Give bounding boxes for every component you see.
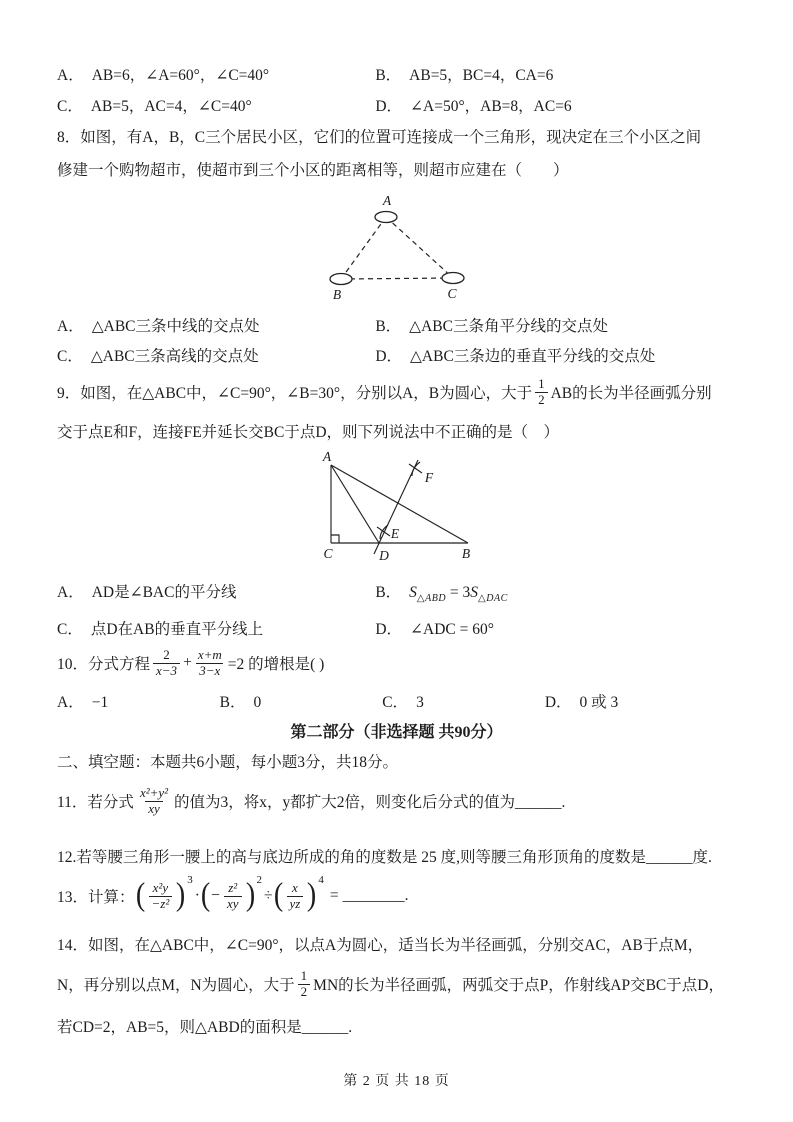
q9-label-a: A [322, 449, 332, 464]
q10-text: 10．分式方程 2x−3 + x+m3−x =2 的增根是( ) [57, 641, 324, 685]
q7-option-b-text: AB=5，BC=4，CA=6 [409, 67, 553, 84]
q11-frac-denominator: xy [145, 801, 163, 817]
q13-divide-sign: ÷ [264, 887, 273, 905]
q13-fraction-1: x²y−z² [149, 881, 173, 911]
q13-frac3-denominator: yz [287, 896, 304, 912]
q13-exponent-1: 3 [187, 874, 193, 886]
q9-option-b-s1: S [409, 584, 417, 601]
q7-option-b: B．AB=5，BC=4，CA=6 [375, 63, 749, 85]
q10-option-d: D．0 或 3 [545, 690, 749, 712]
q9-option-a-text: AD是∠BAC的平分线 [92, 584, 237, 601]
q9-option-b-sub1: △ABD [417, 593, 446, 604]
part2-header: 第二部分（非选择题 共90分） [0, 719, 793, 742]
q13-frac3-numerator: x [289, 881, 301, 896]
q9-line1-pre: 9．如图，在△ABC中，∠C=90°，∠B=30°，分别以A，B为圆心，大于 [57, 381, 532, 403]
q9-options-row-1: A．AD是∠BAC的平分线 B．S△ABD = 3S△DAC [57, 580, 749, 604]
q7-option-d-letter: D． [375, 98, 402, 115]
q8-site-b [330, 274, 352, 285]
q8-option-a: A．△ABC三条中线的交点处 [57, 314, 375, 336]
q9-option-b-sub2: △DAC [478, 593, 508, 604]
q9-text-line-2: 交于点E和F，连接FE并延长交BC于点D，则下列说法中不正确的是（ ） [57, 420, 559, 442]
exam-page: A．AB=6，∠A=60°，∠C=40° B．AB=5，BC=4，CA=6 C．… [0, 0, 793, 1122]
q9-line1-post: AB的长为半径画弧分别 [551, 381, 712, 403]
q9-option-b-letter: B． [375, 584, 401, 601]
q10-plus-sign: + [183, 654, 192, 672]
q7-option-d-text: ∠A=50°，AB=8，AC=6 [410, 98, 572, 115]
q8-option-b-letter: B． [375, 318, 401, 335]
q9-label-c: C [323, 546, 333, 561]
q13-open-paren-3: ( [273, 881, 282, 911]
q9-label-d: D [378, 548, 389, 563]
q13-close-paren-1: ) [176, 881, 185, 911]
q9-label-e: E [390, 526, 400, 541]
q10-fraction-1: 2x−3 [153, 648, 180, 678]
q11-pre: 11．若分式 [57, 790, 134, 812]
q13-close-paren-2: ) [245, 881, 254, 911]
q9-triangle-edges [331, 460, 468, 554]
q9-label-b: B [462, 546, 470, 561]
q9-option-c: C．点D在AB的垂直平分线上 [57, 617, 375, 639]
q10-option-a-text: −1 [92, 694, 109, 711]
q13-exponent-2: 2 [257, 874, 263, 886]
q13-text: 13．计算： ( x²y−z² ) 3 · ( − z²xy ) 2 ÷ ( x… [57, 869, 408, 923]
q10-fraction-2: x+m3−x [195, 648, 225, 678]
q9-options-row-2: C．点D在AB的垂直平分线上 D．∠ADC = 60° [57, 617, 749, 639]
q10-option-a: A．−1 [57, 690, 220, 712]
q8-option-b-text: △ABC三条角平分线的交点处 [409, 318, 608, 335]
q7-option-a-letter: A． [57, 67, 84, 84]
q7-option-a: A．AB=6，∠A=60°，∠C=40° [57, 63, 375, 85]
q8-site-ellipses [330, 212, 464, 285]
q8-label-b: B [333, 287, 341, 302]
q10-option-a-letter: A． [57, 694, 84, 711]
q8-options-row-1: A．△ABC三条中线的交点处 B．△ABC三条角平分线的交点处 [57, 314, 749, 336]
section2-instructions: 二、填空题：本题共6小题，每小题3分，共18分。 [57, 750, 398, 772]
q7-option-a-text: AB=6，∠A=60°，∠C=40° [92, 67, 269, 84]
q9-right-angle-mark [331, 535, 339, 543]
q13-minus-sign: − [211, 887, 220, 905]
q8-option-c-text: △ABC三条高线的交点处 [91, 348, 259, 365]
q8-dashed-edges [341, 217, 453, 279]
q9-option-b-s2: S [470, 584, 478, 601]
q10-option-c: C．3 [382, 690, 545, 712]
q11-post: 的值为3，将x，y都扩大2倍，则变化后分式的值为______. [174, 790, 565, 812]
q7-option-c: C．AB=5，AC=4，∠C=40° [57, 94, 375, 116]
q11-text: 11．若分式 x²+y²xy 的值为3，将x，y都扩大2倍，则变化后分式的值为_… [57, 778, 565, 824]
q14-line2-pre: N，再分别以点M，N为圆心，大于 [57, 973, 295, 995]
q8-label-c: C [447, 286, 457, 301]
q9-option-b-equals: = 3 [446, 584, 470, 601]
q8-option-d-text: △ABC三条边的垂直平分线的交点处 [410, 348, 655, 365]
q10-option-c-letter: C． [382, 694, 408, 711]
q9-label-f: F [424, 470, 434, 485]
q14-line2-post: MN的长为半径画弧，两弧交于点P，作射线AP交BC于点D， [313, 973, 724, 995]
q8-text-line-2: 修建一个购物超市，使超市到三个小区的距离相等，则超市应建在（ ） [57, 158, 569, 180]
q8-site-a [375, 212, 397, 223]
q8-triangle-diagram: A B C [300, 192, 540, 304]
q10-options-row: A．−1 B．0 C．3 D．0 或 3 [57, 690, 749, 712]
q9-frac-denominator: 2 [535, 392, 548, 408]
q14-text-line-3: 若CD=2，AB=5，则△ABD的面积是______. [57, 1015, 352, 1037]
q7-options-row-2: C．AB=5，AC=4，∠C=40° D．∠A=50°，AB=8，AC=6 [57, 94, 749, 116]
q10-option-d-text: 0 或 3 [580, 694, 619, 711]
q13-frac1-denominator: −z² [149, 896, 173, 912]
q7-option-c-text: AB=5，AC=4，∠C=40° [91, 98, 252, 115]
q8-label-a: A [382, 193, 392, 208]
q13-equals-sign: = [330, 887, 339, 905]
q9-text-line-1: 9．如图，在△ABC中，∠C=90°，∠B=30°，分别以A，B为圆心，大于 1… [57, 371, 712, 413]
q13-exponent-3: 4 [318, 874, 324, 886]
q8-option-a-letter: A． [57, 318, 84, 335]
q14-frac-numerator: 1 [298, 969, 311, 984]
q9-option-d-text: ∠ADC = 60° [410, 621, 494, 638]
q10-post: =2 的增根是( ) [228, 652, 325, 674]
q8-option-b: B．△ABC三条角平分线的交点处 [375, 314, 749, 336]
q9-option-d: D．∠ADC = 60° [375, 617, 749, 639]
q9-option-a-letter: A． [57, 584, 84, 601]
q14-text-line-1: 14．如图，在△ABC中，∠C=90°，以点A为圆心，适当长为半径画弧，分别交A… [57, 933, 703, 955]
q13-frac1-numerator: x²y [150, 881, 171, 896]
q8-option-c-letter: C． [57, 348, 83, 365]
q10-option-d-letter: D． [545, 694, 572, 711]
q7-options-row-1: A．AB=6，∠A=60°，∠C=40° B．AB=5，BC=4，CA=6 [57, 63, 749, 85]
q13-close-paren-3: ) [307, 881, 316, 911]
q8-text-line-1: 8．如图，有A，B，C三个居民小区，它们的位置可连接成一个三角形，现决定在三个小… [57, 125, 701, 147]
q12-text: 12.若等腰三角形一腰上的高与底边所成的角的度数是 25 度,则等腰三角形顶角的… [57, 845, 712, 867]
q11-frac-numerator: x²+y² [137, 786, 171, 801]
q10-frac1-denominator: x−3 [153, 663, 180, 679]
q8-options-row-2: C．△ABC三条高线的交点处 D．△ABC三条边的垂直平分线的交点处 [57, 344, 749, 366]
q13-multiply-dot: · [195, 887, 200, 905]
q13-frac2-numerator: z² [225, 881, 240, 896]
q13-fraction-2: z²xy [224, 881, 242, 911]
q9-option-d-letter: D． [375, 621, 402, 638]
q8-option-d-letter: D． [375, 348, 402, 365]
q10-option-b-text: 0 [253, 694, 261, 711]
q8-option-c: C．△ABC三条高线的交点处 [57, 344, 375, 366]
q9-frac-numerator: 1 [535, 377, 548, 392]
page-number-footer: 第 2 页 共 18 页 [0, 1070, 793, 1090]
q10-option-c-text: 3 [416, 694, 424, 711]
q10-option-b-letter: B． [220, 694, 246, 711]
q14-frac-denominator: 2 [298, 984, 311, 1000]
q13-open-paren-1: ( [135, 881, 144, 911]
q11-fraction: x²+y²xy [137, 786, 171, 816]
q13-pre: 13．计算： [57, 885, 135, 907]
q7-option-c-letter: C． [57, 98, 83, 115]
q13-fraction-3: xyz [287, 881, 304, 911]
q7-option-d: D．∠A=50°，AB=8，AC=6 [375, 94, 749, 116]
q8-site-c [442, 273, 464, 284]
q14-half-fraction: 12 [298, 969, 311, 999]
q10-frac2-numerator: x+m [195, 648, 225, 663]
q10-frac1-numerator: 2 [160, 648, 173, 663]
q13-answer-blank: ________. [343, 887, 409, 905]
q9-option-b: B．S△ABD = 3S△DAC [375, 580, 749, 604]
q9-option-c-letter: C． [57, 621, 83, 638]
q7-option-b-letter: B． [375, 67, 401, 84]
q10-option-b: B．0 [220, 690, 383, 712]
q9-construction-diagram: A C B D E F [300, 447, 500, 565]
q14-text-line-2: N，再分别以点M，N为圆心，大于 12 MN的长为半径画弧，两弧交于点P，作射线… [57, 961, 724, 1007]
q10-pre: 10．分式方程 [57, 652, 150, 674]
q9-option-c-text: 点D在AB的垂直平分线上 [91, 621, 263, 638]
q8-option-a-text: △ABC三条中线的交点处 [92, 318, 260, 335]
q9-half-fraction: 12 [535, 377, 548, 407]
q8-option-d: D．△ABC三条边的垂直平分线的交点处 [375, 344, 749, 366]
q9-option-a: A．AD是∠BAC的平分线 [57, 580, 375, 604]
q13-frac2-denominator: xy [224, 896, 242, 912]
q10-frac2-denominator: 3−x [196, 663, 223, 679]
q13-open-paren-2: ( [201, 881, 210, 911]
